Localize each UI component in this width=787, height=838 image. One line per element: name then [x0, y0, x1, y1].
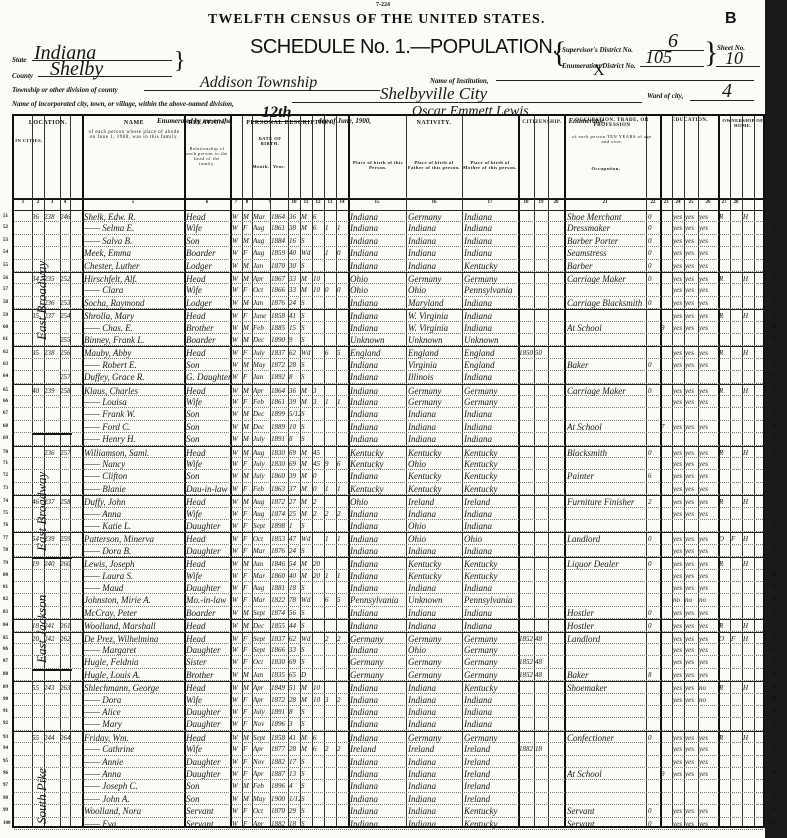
cell-name: —— Joseph C.	[84, 780, 184, 792]
cell-english: yes	[699, 582, 718, 594]
line-number-right: 92	[772, 718, 777, 730]
cell-owned	[719, 793, 730, 805]
cell-farm-house	[743, 818, 754, 830]
cell-month: Nov	[253, 718, 270, 730]
cell-school	[661, 260, 672, 272]
cell-father-birth: Indiana	[408, 433, 462, 445]
cell-children-living: 1	[337, 483, 348, 495]
cell-children-born: 1	[325, 570, 336, 582]
cell-farm-house	[743, 570, 754, 582]
cell-occupation	[567, 756, 646, 768]
cell-school	[661, 458, 672, 470]
cell-mortgage	[731, 607, 742, 619]
cell-sex: F	[243, 768, 252, 780]
cell-father-birth: Indiana	[408, 768, 462, 780]
cell-house	[32, 756, 44, 768]
township-label: Township or other division of county	[12, 86, 118, 94]
cell-months-unemp: 8	[648, 669, 660, 681]
table-row: 90—— DoraWifeWFApr187228M1032IndianaIndi…	[14, 694, 763, 706]
cell-name: —— Blanie	[84, 483, 184, 495]
cell-write: yes	[685, 483, 698, 495]
cell-sex: F	[243, 805, 252, 817]
cell-farm-house	[743, 433, 754, 445]
cell-english: yes	[699, 247, 718, 259]
cell-age: 10	[289, 421, 300, 433]
cell-marital: S	[301, 260, 312, 272]
cell-house	[32, 743, 44, 755]
table-row: 86—— MargaretDaughterWFSept186633SIndian…	[14, 644, 763, 656]
cell-relation: Boarder	[186, 607, 230, 619]
cell-years-married	[313, 706, 324, 718]
cell-months-unemp	[648, 694, 660, 706]
cell-relation: Boarder	[186, 334, 230, 346]
cell-marital: S	[301, 756, 312, 768]
cell-yrs-us	[535, 322, 548, 334]
cell-month: Sept	[253, 607, 270, 619]
cell-marital: M	[301, 694, 312, 706]
cell-english	[699, 780, 718, 792]
header-citizenship: CITIZENSHIP.	[520, 120, 564, 125]
cell-month: Dec	[253, 334, 270, 346]
cell-sex: M	[243, 359, 252, 371]
cell-children-born	[325, 656, 336, 668]
cell-farm-house	[743, 371, 754, 383]
cell-english	[699, 718, 718, 730]
cell-birth: Indiana	[350, 607, 406, 619]
line-number: 84	[3, 620, 8, 632]
cell-immig	[519, 607, 534, 619]
cell-immig	[519, 793, 534, 805]
cell-relation: Son	[186, 433, 230, 445]
table-row: 7754239259Patterson, MinervaHeadWFOct185…	[14, 532, 763, 544]
cell-color: W	[232, 607, 242, 619]
cell-family	[60, 545, 70, 557]
cell-years-married: 0	[313, 483, 324, 495]
line-number-right: 95	[772, 756, 777, 768]
cell-school	[661, 371, 672, 383]
cell-mother-birth: Indiana	[464, 718, 518, 730]
line-number-right: 58	[772, 297, 777, 309]
table-row: 54Meek, EmmaBoarderWFAug185940Wd10Indian…	[14, 247, 763, 259]
table-row: 5136238246Shelk, Edw. R.HeadWMMar186436M…	[14, 210, 763, 222]
cell-age: 28	[289, 743, 300, 755]
cell-yrs-us	[535, 718, 548, 730]
cell-owned	[719, 433, 730, 445]
table-row: 97—— Joseph C.SonWMFeb18964SIndianaIndia…	[14, 780, 763, 792]
cell-year: 1900	[271, 793, 288, 805]
cell-family	[60, 222, 70, 234]
form-number: 7-224	[376, 2, 390, 8]
cell-read: yes	[673, 508, 684, 520]
cell-marital: S	[301, 818, 312, 830]
cell-age: 65	[289, 669, 300, 681]
cell-mother-birth: Ireland	[464, 793, 518, 805]
cell-relation: Wife	[186, 508, 230, 520]
cell-sex: F	[243, 694, 252, 706]
cell-birth: Indiana	[350, 433, 406, 445]
cell-read	[673, 371, 684, 383]
cell-read: yes	[673, 818, 684, 830]
cell-farm-house	[743, 545, 754, 557]
cell-age: 29	[289, 805, 300, 817]
cell-month: Apr	[253, 818, 270, 830]
cell-yrs-us: 48	[535, 656, 548, 668]
table-row: 63—— Robert E.SonWMMay187228SIndianaVirg…	[14, 359, 763, 371]
table-row: 81—— MaudDaughterWFAug188118SIndianaIndi…	[14, 582, 763, 594]
line-number: 66	[3, 396, 8, 408]
cell-name: Chester, Luther	[84, 260, 184, 272]
cell-english: yes	[699, 421, 718, 433]
cell-children-born	[325, 470, 336, 482]
cell-relation: Boarder	[186, 247, 230, 259]
cell-month: Dec	[253, 408, 270, 420]
cell-farm-house	[743, 284, 754, 296]
cell-age: 9	[289, 334, 300, 346]
cell-write: yes	[685, 743, 698, 755]
cell-family: 253	[60, 297, 70, 309]
cell-school	[661, 607, 672, 619]
cell-mother-birth: Indiana	[464, 694, 518, 706]
cell-sex: M	[243, 297, 252, 309]
cell-family	[60, 793, 70, 805]
cell-age: 33	[289, 644, 300, 656]
cell-occupation	[567, 718, 646, 730]
cell-school	[661, 570, 672, 582]
cell-owned	[719, 780, 730, 792]
cell-mortgage	[731, 396, 742, 408]
cell-months-unemp: 0	[648, 297, 660, 309]
cell-year: 1876	[271, 545, 288, 557]
enumeration-district: 105	[645, 47, 672, 68]
cell-owned	[719, 607, 730, 619]
cell-read: yes	[673, 694, 684, 706]
cell-age: 24	[289, 545, 300, 557]
cell-occupation: Hostler	[567, 607, 646, 619]
cell-write: yes	[685, 656, 698, 668]
column-number: 18	[518, 200, 534, 210]
cell-years-married	[313, 235, 324, 247]
cell-english: yes	[699, 297, 718, 309]
cell-immig	[519, 718, 534, 730]
cell-family	[60, 520, 70, 532]
cell-write: yes	[685, 260, 698, 272]
cell-children-living	[337, 260, 348, 272]
line-number: 68	[3, 421, 8, 433]
cell-house	[32, 570, 44, 582]
cell-name: —— Mary	[84, 718, 184, 730]
cell-years-married	[313, 780, 324, 792]
cell-marital: M	[301, 743, 312, 755]
cell-mother-birth: Ireland	[464, 768, 518, 780]
cell-owned	[719, 756, 730, 768]
cell-owned	[719, 334, 730, 346]
cell-owned	[719, 297, 730, 309]
cell-months-unemp: 6	[648, 470, 660, 482]
census-title: TWELFTH CENSUS OF THE UNITED STATES.	[208, 12, 545, 28]
cell-age: 18	[289, 818, 300, 830]
cell-english	[699, 520, 718, 532]
cell-immig	[519, 222, 534, 234]
cell-mother-birth: England	[464, 359, 518, 371]
cell-children-born	[325, 768, 336, 780]
cell-father-birth: Ohio	[408, 458, 462, 470]
cell-years-married: 0	[313, 470, 324, 482]
cell-read: yes	[673, 235, 684, 247]
cell-month: Feb	[253, 483, 270, 495]
cell-children-born	[325, 260, 336, 272]
cell-yrs-us	[535, 359, 548, 371]
column-number: 4	[60, 200, 70, 210]
cell-yrs-us	[535, 458, 548, 470]
table-row: 78—— Dora B.DaughterWFMar187624SIndianaI…	[14, 545, 763, 557]
cell-birth: Indiana	[350, 247, 406, 259]
cell-birth: Indiana	[350, 520, 406, 532]
cell-owned	[719, 235, 730, 247]
cell-birth: Indiana	[350, 644, 406, 656]
cell-years-married	[313, 334, 324, 346]
cell-read: yes	[673, 768, 684, 780]
cell-school	[661, 470, 672, 482]
cell-english: yes	[699, 743, 718, 755]
cell-immig: 1852	[519, 656, 534, 668]
column-number: 26	[698, 200, 718, 210]
cell-months-unemp	[648, 334, 660, 346]
cell-birth: Indiana	[350, 396, 406, 408]
cell-years-married	[313, 520, 324, 532]
cell-children-living: 1	[337, 222, 348, 234]
header-month: Month.	[252, 164, 270, 169]
cell-children-living	[337, 470, 348, 482]
cell-color: W	[232, 260, 242, 272]
ed-line	[640, 66, 704, 67]
cell-family	[60, 284, 70, 296]
cell-mother-birth: Kentucky	[464, 483, 518, 495]
street-divider	[32, 669, 72, 671]
cell-birth: Indiana	[350, 768, 406, 780]
cell-years-married	[313, 260, 324, 272]
cell-family	[60, 644, 70, 656]
cell-occupation: Barber	[567, 260, 646, 272]
line-number-right: 83	[772, 607, 777, 619]
cell-yrs-us	[535, 396, 548, 408]
line-number: 98	[3, 793, 8, 805]
cell-mother-birth: Kentucky	[464, 260, 518, 272]
cell-mother-birth: Indiana	[464, 222, 518, 234]
table-row: 96—— AnnaDaughterWFApr188713SIndianaIndi…	[14, 768, 763, 780]
cell-relation: Son	[186, 359, 230, 371]
cell-write: yes	[685, 421, 698, 433]
street-divider	[32, 433, 72, 435]
line-number-right: 69	[772, 433, 777, 445]
cell-years-married	[313, 644, 324, 656]
line-number: 73	[3, 483, 8, 495]
column-number: 14	[336, 200, 348, 210]
cell-years-married	[313, 322, 324, 334]
cell-family: 257	[60, 371, 70, 383]
cell-color: W	[232, 694, 242, 706]
cell-color: W	[232, 818, 242, 830]
cell-english: yes	[699, 508, 718, 520]
cell-age: 40	[289, 570, 300, 582]
cell-mother-birth: Unknown	[464, 334, 518, 346]
cell-sex: M	[243, 669, 252, 681]
line-number-right: 88	[772, 669, 777, 681]
cell-occupation	[567, 706, 646, 718]
cell-children-born	[325, 706, 336, 718]
line-number: 72	[3, 470, 8, 482]
cell-yrs-us	[535, 260, 548, 272]
cell-immig	[519, 520, 534, 532]
cell-owned	[719, 222, 730, 234]
cell-name: —— Laura S.	[84, 570, 184, 582]
cell-immig	[519, 805, 534, 817]
cell-english: no	[699, 594, 718, 606]
cell-year: 1866	[271, 644, 288, 656]
cell-year: 1866	[271, 284, 288, 296]
cell-owned	[719, 247, 730, 259]
cell-house	[32, 396, 44, 408]
cell-months-unemp	[648, 483, 660, 495]
cell-relation: Daughter	[186, 756, 230, 768]
cell-year: 1891	[271, 706, 288, 718]
cell-school	[661, 805, 672, 817]
cell-english: yes	[699, 607, 718, 619]
cell-english: yes	[699, 284, 718, 296]
cell-owned	[719, 508, 730, 520]
cell-marital: S	[301, 545, 312, 557]
cell-color: W	[232, 656, 242, 668]
street-divider	[32, 557, 72, 559]
cell-yrs-us	[535, 297, 548, 309]
cell-month: Jan	[253, 297, 270, 309]
line-number: 94	[3, 743, 8, 755]
cell-read	[673, 334, 684, 346]
table-row: 55Chester, LutherLodgerWMJan187030SIndia…	[14, 260, 763, 272]
line-number: 53	[3, 235, 8, 247]
cell-children-born	[325, 421, 336, 433]
cell-children-living	[337, 780, 348, 792]
header-birth-person: Place of birth of this Person.	[350, 160, 406, 170]
cell-months-unemp	[648, 780, 660, 792]
cell-marital: Wd	[301, 594, 312, 606]
cell-read: yes	[673, 260, 684, 272]
cell-children-born	[325, 669, 336, 681]
cell-months-unemp: 0	[648, 235, 660, 247]
cell-marital: M	[301, 396, 312, 408]
cell-occupation: Baker	[567, 359, 646, 371]
cell-write: yes	[685, 818, 698, 830]
table-row: 82Johnston, Mirie A.Mo.-in-lawWFMar18227…	[14, 594, 763, 606]
cell-write	[685, 334, 698, 346]
cell-name: —— Maud	[84, 582, 184, 594]
cell-years-married	[313, 359, 324, 371]
cell-age: 24	[289, 297, 300, 309]
cell-write: yes	[685, 235, 698, 247]
cell-name: —— Clifton	[84, 470, 184, 482]
cell-years-married	[313, 818, 324, 830]
cell-year: 1835	[271, 669, 288, 681]
cell-name: Johnston, Mirie A.	[84, 594, 184, 606]
cell-farm-house	[743, 780, 754, 792]
cell-name: —— Katie L.	[84, 520, 184, 532]
cell-family	[60, 421, 70, 433]
line-number-right: 98	[772, 793, 777, 805]
cell-years-married	[313, 421, 324, 433]
cell-read: yes	[673, 570, 684, 582]
cell-color: W	[232, 470, 242, 482]
cell-age: 3	[289, 718, 300, 730]
cell-farm-house	[743, 334, 754, 346]
cell-occupation: Barber Porter	[567, 235, 646, 247]
cell-house	[32, 718, 44, 730]
cell-occupation	[567, 743, 646, 755]
cell-months-unemp: 0	[648, 805, 660, 817]
cell-yrs-us	[535, 756, 548, 768]
cell-children-living: 1	[337, 396, 348, 408]
cell-school	[661, 818, 672, 830]
cell-color: W	[232, 793, 242, 805]
cell-mortgage	[731, 235, 742, 247]
cell-marital: S	[301, 805, 312, 817]
cell-write: yes	[685, 570, 698, 582]
cell-immig	[519, 570, 534, 582]
line-number: 76	[3, 520, 8, 532]
cell-read	[673, 408, 684, 420]
cell-mortgage	[731, 483, 742, 495]
cell-relation: Sister	[186, 656, 230, 668]
cell-dwelling	[44, 396, 60, 408]
cell-father-birth: Virginia	[408, 359, 462, 371]
cell-english	[699, 793, 718, 805]
cell-months-unemp	[648, 594, 660, 606]
cell-months-unemp	[648, 656, 660, 668]
cell-children-living	[337, 644, 348, 656]
cell-father-birth: Indiana	[408, 222, 462, 234]
cell-occupation	[567, 545, 646, 557]
cell-family	[60, 756, 70, 768]
cell-year: 1861	[271, 396, 288, 408]
cell-write: yes	[685, 644, 698, 656]
cell-year: 1899	[271, 408, 288, 420]
column-number: 8	[242, 200, 252, 210]
cell-age: 56	[289, 607, 300, 619]
cell-immig	[519, 582, 534, 594]
table-row: 57—— ClaraWifeWFOct186633M1000OhioOhioPe…	[14, 284, 763, 296]
cell-father-birth: Indiana	[408, 582, 462, 594]
cell-age: 16	[289, 235, 300, 247]
cell-color: W	[232, 235, 242, 247]
cell-english	[699, 706, 718, 718]
cell-year: 1830	[271, 656, 288, 668]
header-ownership: OWNERSHIP OF HOME.	[720, 118, 766, 128]
line-number-right: 91	[772, 706, 777, 718]
line-number: 90	[3, 694, 8, 706]
cell-month: Feb	[253, 322, 270, 334]
cell-write: yes	[685, 756, 698, 768]
cell-month: July	[253, 458, 270, 470]
cell-month: Aug	[253, 582, 270, 594]
cell-children-born: 1	[325, 396, 336, 408]
cell-relation: Son	[186, 421, 230, 433]
cell-children-living	[337, 582, 348, 594]
cell-family	[60, 260, 70, 272]
city-value: Shelbyville City	[380, 84, 487, 104]
cell-children-born	[325, 433, 336, 445]
cell-children-living	[337, 656, 348, 668]
cell-owned	[719, 408, 730, 420]
cell-sex: F	[243, 656, 252, 668]
cell-father-birth: Indiana	[408, 247, 462, 259]
